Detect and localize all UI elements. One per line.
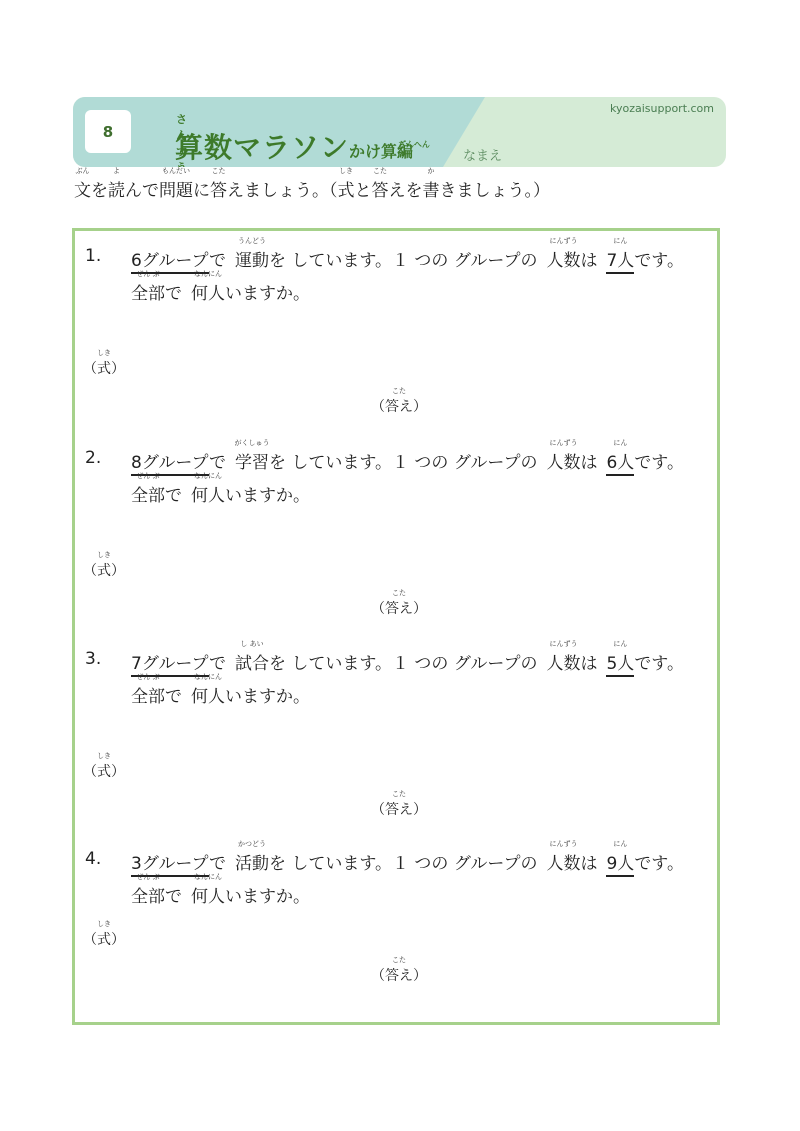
worksheet-number: 8 — [85, 110, 131, 153]
problem-text-line2: 全部ぜん ぶで何人なんにんいますか。 — [131, 682, 310, 707]
problem-text-line2: 全部ぜん ぶで何人なんにんいますか。 — [131, 279, 310, 304]
answer-label: （答え）こた — [371, 598, 427, 618]
problem-number: 1. — [85, 246, 101, 266]
answer-label: （答え）こた — [371, 396, 427, 416]
subtitle-ruby: ざんへん — [398, 139, 430, 150]
problem-number: 3. — [85, 649, 101, 669]
name-label: なまえ — [463, 145, 502, 164]
problem-number: 2. — [85, 448, 101, 468]
problem-text-line2: 全部ぜん ぶで何人なんにんいますか。 — [131, 882, 310, 907]
formula-label: （式）しき — [83, 929, 125, 949]
title-text: 算数マラソン — [175, 131, 349, 164]
formula-label: （式）しき — [83, 560, 125, 580]
site-url: kyozaisupport.com — [610, 102, 714, 115]
answer-label: （答え）こた — [371, 965, 427, 985]
answer-label: （答え）こた — [371, 799, 427, 819]
formula-label: （式）しき — [83, 761, 125, 781]
page-title: 算数マラソンかけ算編 — [175, 126, 413, 166]
problems-box: 1. 6グループで運動うんどうを しています。１ つの グループの人数にんずうは… — [72, 228, 720, 1025]
formula-label: （式）しき — [83, 358, 125, 378]
problem-text-line2: 全部ぜん ぶで何人なんにんいますか。 — [131, 481, 310, 506]
problem-number: 4. — [85, 849, 101, 869]
worksheet-header: 8 さんすう 算数マラソンかけ算編 ざんへん kyozaisupport.com… — [73, 97, 726, 167]
instruction-text: 文ぶんを読よんで問題もんだいに答こたえましょう。（式しきと答こたえを書かきましょ… — [74, 176, 550, 201]
